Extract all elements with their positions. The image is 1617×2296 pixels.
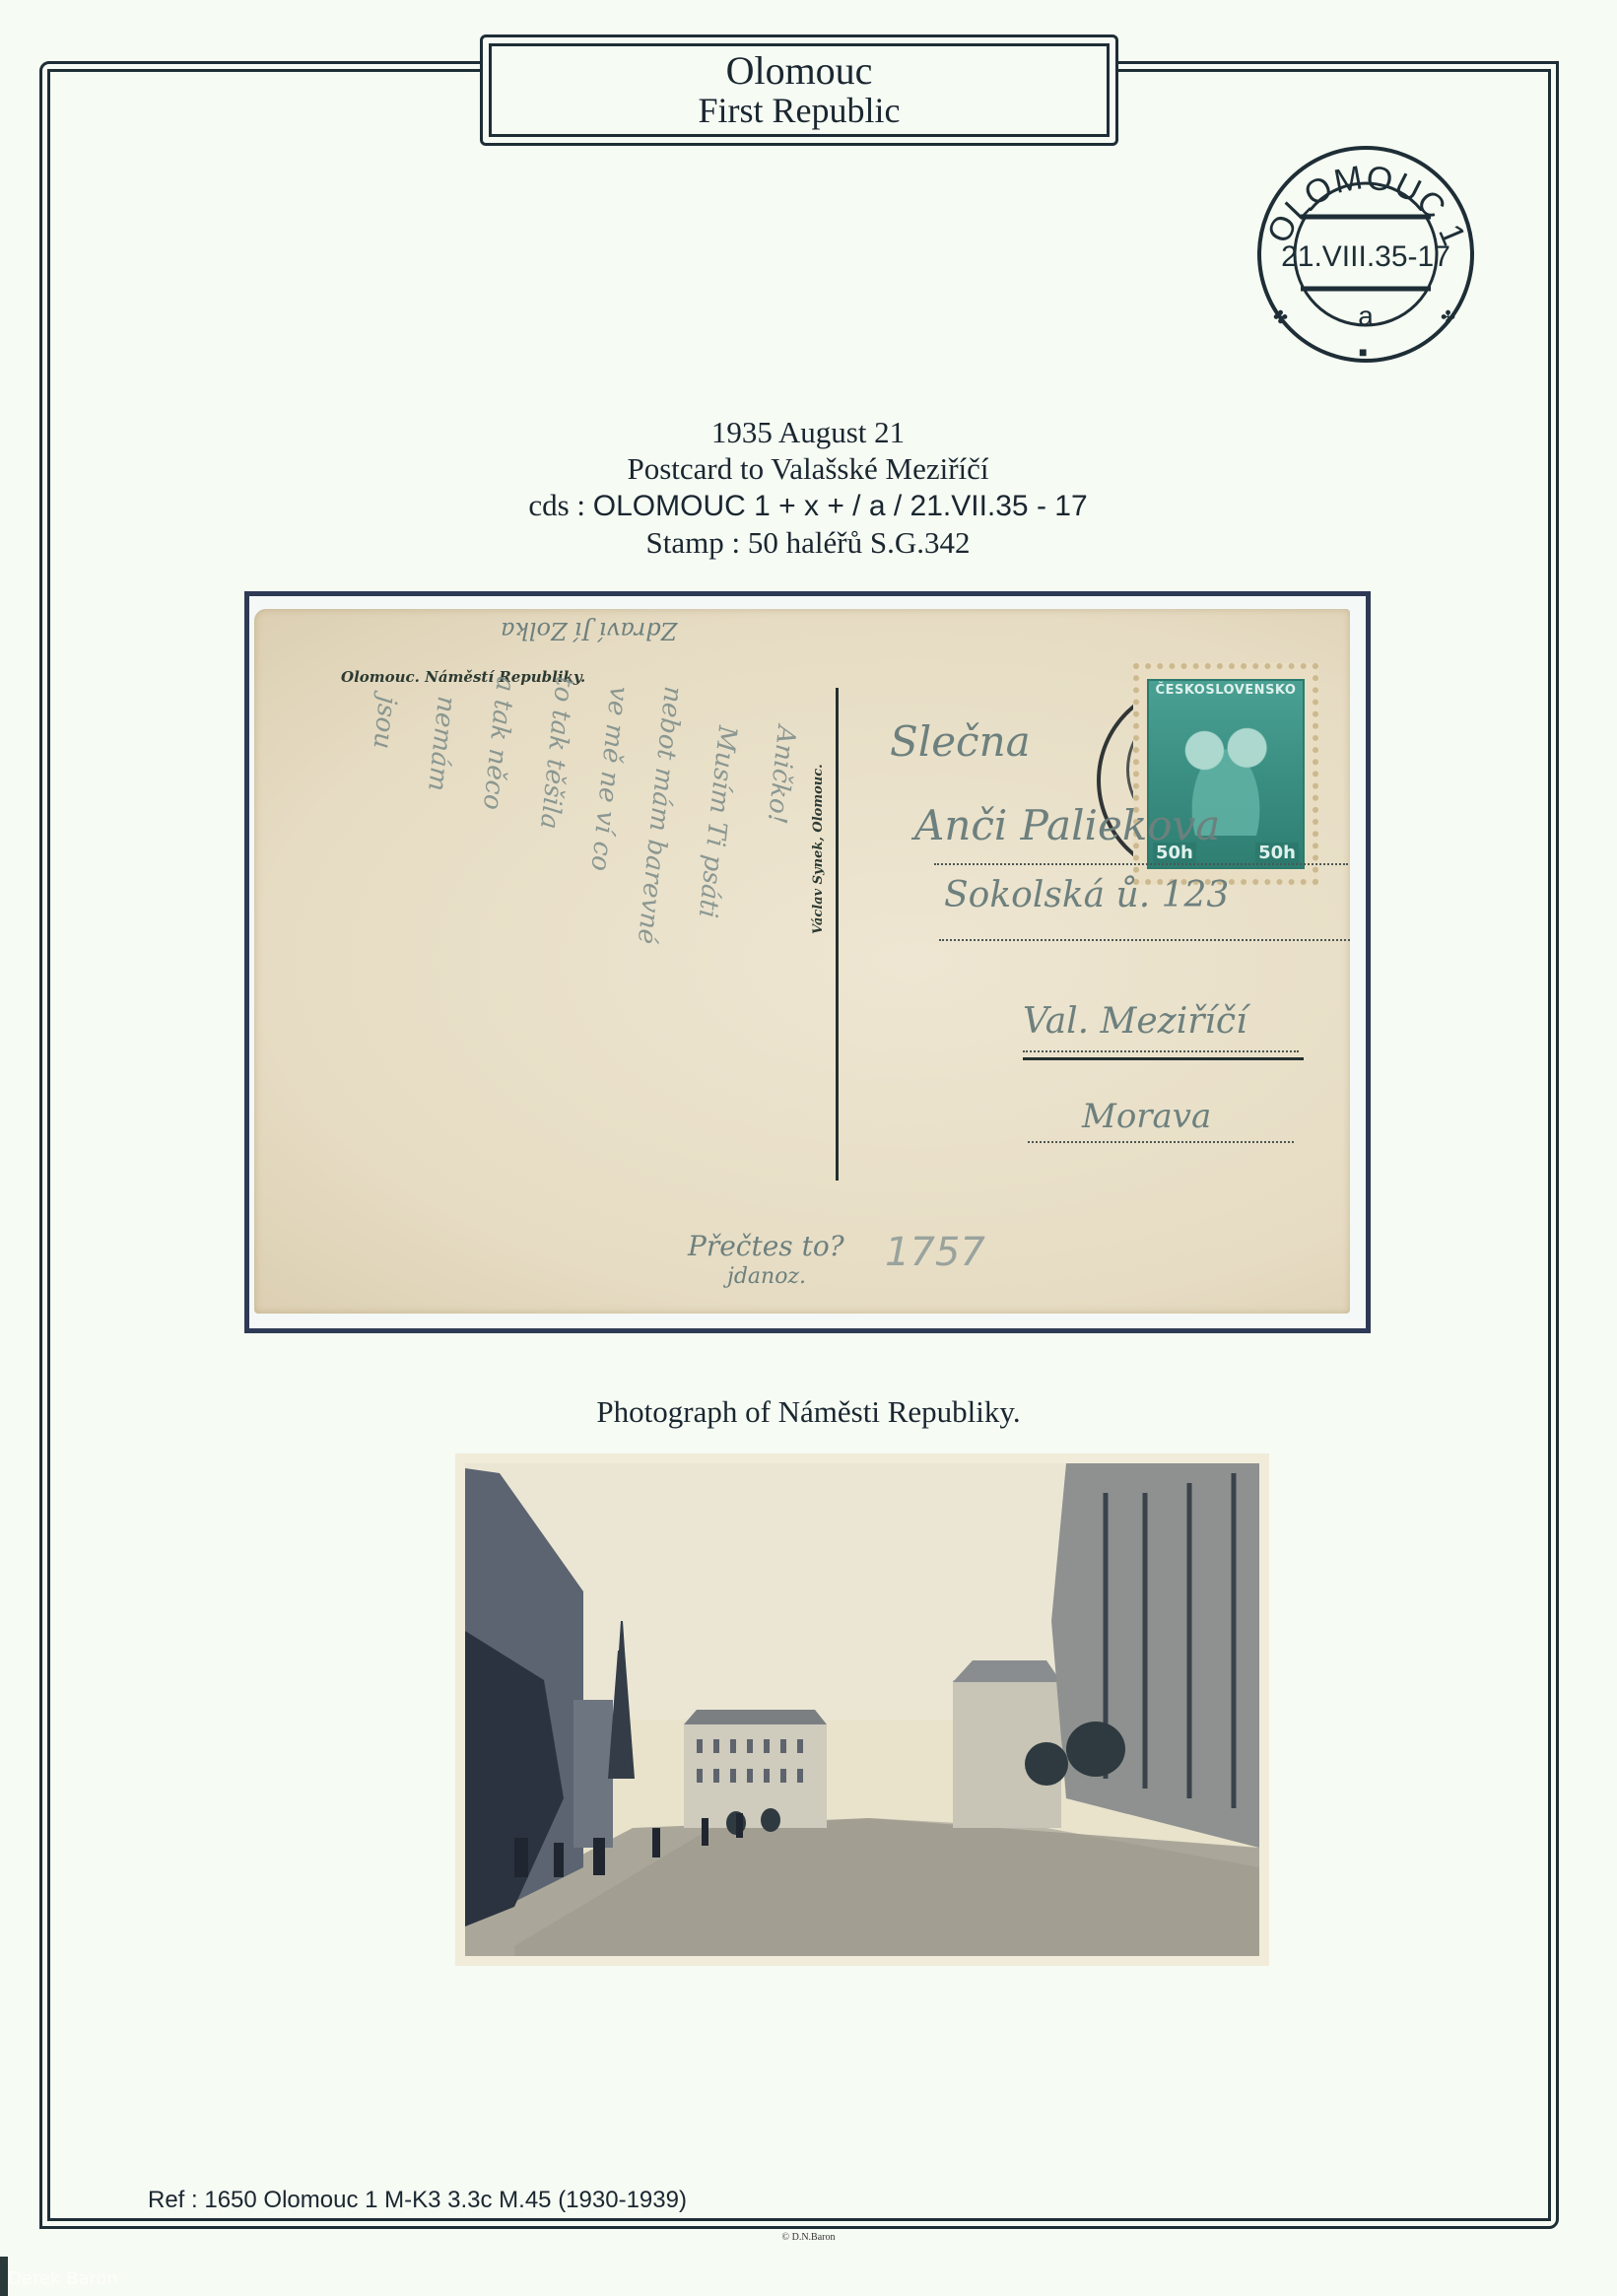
- postmark-diagram: OLOMOUC 1 21.VIII.35-17 a ✤ ✤ ■: [1234, 138, 1498, 371]
- svg-text:■: ■: [1359, 346, 1367, 361]
- message-line: nemám: [422, 695, 461, 793]
- description-date: 1935 August 21: [315, 414, 1301, 450]
- address-line-4: [1028, 1141, 1294, 1143]
- message-line: ve mě ne ví co: [584, 685, 634, 873]
- message-line: Aničko!: [762, 724, 801, 826]
- postcard-bottom-note-2: jdanoz.: [727, 1264, 806, 1289]
- catalogue-reference: Ref : 1650 Olomouc 1 M-K3 3.3c M.45 (193…: [148, 2187, 687, 2214]
- address-underline: [1023, 1057, 1304, 1060]
- postage-stamp: ČESKOSLOVENSKO 50h 50h: [1133, 663, 1318, 885]
- photo-caption: Photograph of Náměsti Republiky.: [0, 1394, 1617, 1430]
- address-town: Val. Meziříčí: [1023, 1001, 1247, 1042]
- address-line-2: [939, 939, 1350, 941]
- watermark: Derek Baron: [8, 2268, 118, 2289]
- message-line: a tak něco: [477, 675, 520, 811]
- svg-text:✤: ✤: [1441, 307, 1455, 327]
- description-cds: cds : OLOMOUC 1 + x + / a / 21.VII.35 - …: [315, 487, 1301, 524]
- description-stamp: Stamp : 50 haléřů S.G.342: [315, 524, 1301, 561]
- scan-edge: [0, 2257, 8, 2296]
- svg-text:OLOMOUC 1: OLOMOUC 1: [1260, 159, 1473, 251]
- page-title: Olomouc: [492, 50, 1107, 92]
- postcard-top-note: Zdraví Jí Zolka: [501, 617, 677, 644]
- postcard-bottom-note-1: Přečtes to?: [688, 1230, 844, 1262]
- item-description: 1935 August 21 Postcard to Valašské Mezi…: [315, 414, 1301, 561]
- page-subtitle: First Republic: [492, 92, 1107, 129]
- address-line-3: [1023, 1050, 1299, 1052]
- svg-text:a: a: [1358, 301, 1374, 331]
- address-line-1: [934, 863, 1348, 865]
- message-line: Musím Ti psáti: [693, 724, 742, 919]
- title-box: Olomouc First Republic: [480, 34, 1118, 146]
- postcard-divider: [836, 688, 839, 1181]
- address-salutation: Slečna: [890, 717, 1031, 766]
- stamp-value: 50h: [1255, 843, 1299, 863]
- description-type: Postcard to Valašské Meziříčí: [315, 450, 1301, 487]
- postcard-publisher: Václav Synek, Olomouc.: [811, 764, 826, 934]
- address-street: Sokolská ů. 123: [944, 875, 1229, 915]
- town-square-photograph: [455, 1453, 1269, 1966]
- message-line: jsou: [368, 695, 402, 751]
- svg-text:21.VIII.35-17: 21.VIII.35-17: [1281, 240, 1450, 273]
- cds-value: OLOMOUC 1 + x + / a / 21.VII.35 - 17: [593, 490, 1088, 522]
- copyright-notice: © D.N.Baron: [0, 2232, 1617, 2243]
- address-region: Morava: [1082, 1097, 1211, 1136]
- message-line: nebot mám barevné: [632, 685, 688, 946]
- svg-text:✤: ✤: [1273, 307, 1288, 327]
- stamp-country: ČESKOSLOVENSKO: [1149, 683, 1303, 698]
- pencil-note: 1757: [885, 1230, 985, 1275]
- address-name: Anči Paliekova: [914, 801, 1220, 849]
- message-line: to tak těšila: [534, 675, 579, 831]
- postcard-image: Olomouc. Náměstí Republiky. Zdraví Jí Zo…: [254, 609, 1350, 1314]
